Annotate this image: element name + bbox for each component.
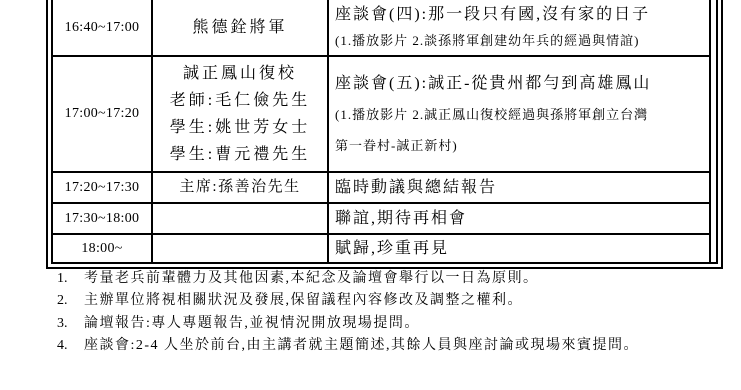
note-text: 考量老兵前輩體力及其他因素,本紀念及論壇會舉行以一日為原則。 — [84, 268, 539, 290]
time-cell: 17:30~18:00 — [53, 204, 153, 233]
session-title: 聯誼,期待再相會 — [335, 209, 709, 229]
note-text: 座談會:2-4 人坐於前台,由主講者就主題簡述,其餘人員與座討論或現場來賓提問。 — [84, 335, 639, 357]
session-title: 賦歸,珍重再見 — [335, 239, 709, 259]
speaker-cell: 誠正鳳山復校 老師:毛仁儉先生 學生:姚世芳女士 學生:曹元禮先生 — [153, 57, 329, 171]
table-row: 17:30~18:00 聯誼,期待再相會 — [53, 204, 711, 235]
note-number: 2. — [57, 290, 84, 312]
note-text: 論壇報告:專人專題報告,並視情況開放現場提問。 — [84, 313, 420, 335]
note-text: 主辦單位將視相關狀況及發展,保留議程內容修改及調整之權利。 — [84, 290, 523, 312]
time-slot: 18:00~ — [81, 241, 122, 257]
session-cell: 臨時動議與總結報告 — [329, 173, 711, 202]
note-number: 4. — [57, 335, 84, 357]
time-cell: 17:00~17:20 — [53, 57, 153, 171]
table-row: 18:00~ 賦歸,珍重再見 — [53, 235, 711, 262]
speaker-cell-empty — [153, 204, 329, 233]
speaker-cell-empty — [153, 235, 329, 262]
session-title: 臨時動議與總結報告 — [335, 178, 709, 198]
note-item: 2. 主辦單位將視相關狀況及發展,保留議程內容修改及調整之權利。 — [57, 290, 737, 312]
note-item: 1. 考量老兵前輩體力及其他因素,本紀念及論壇會舉行以一日為原則。 — [57, 268, 737, 290]
time-slot: 17:00~17:20 — [65, 106, 140, 122]
time-slot: 16:40~17:00 — [65, 20, 140, 36]
table-row: 17:20~17:30 主席:孫善治先生 臨時動議與總結報告 — [53, 173, 711, 204]
session-detail: (1.播放影片 2.談孫將軍創建幼年兵的經過與情誼) — [335, 28, 709, 54]
time-cell: 17:20~17:30 — [53, 173, 153, 202]
time-cell: 16:40~17:00 — [53, 0, 153, 55]
session-title: 座談會(四):那一段只有國,沒有家的日子 — [335, 2, 709, 28]
table-row: 16:40~17:00 熊德銓將軍 座談會(四):那一段只有國,沒有家的日子 (… — [53, 0, 711, 57]
speaker-name: 主席:孫善治先生 — [179, 174, 300, 201]
speaker-name: 老師:毛仁儉先生 — [170, 87, 310, 114]
speaker-group: 誠正鳳山復校 — [183, 60, 297, 87]
note-item: 4. 座談會:2-4 人坐於前台,由主講者就主題簡述,其餘人員與座討論或現場來賓… — [57, 335, 737, 357]
schedule-table: 16:40~17:00 熊德銓將軍 座談會(四):那一段只有國,沒有家的日子 (… — [46, 0, 723, 269]
session-detail: (1.播放影片 2.誠正鳳山復校經過與孫將軍創立台灣 — [335, 99, 709, 130]
speaker-cell: 熊德銓將軍 — [153, 0, 329, 55]
session-cell: 聯誼,期待再相會 — [329, 204, 711, 233]
session-title: 座談會(五):誠正-從貴州都勻到高雄鳳山 — [335, 68, 709, 99]
note-number: 3. — [57, 313, 84, 335]
session-cell: 座談會(四):那一段只有國,沒有家的日子 (1.播放影片 2.談孫將軍創建幼年兵… — [329, 0, 711, 55]
footnotes: 1. 考量老兵前輩體力及其他因素,本紀念及論壇會舉行以一日為原則。 2. 主辦單… — [57, 268, 737, 358]
table-row: 17:00~17:20 誠正鳳山復校 老師:毛仁儉先生 學生:姚世芳女士 學生:… — [53, 57, 711, 173]
session-detail: 第一眷村-誠正新村) — [335, 130, 709, 161]
note-number: 1. — [57, 268, 84, 290]
session-cell: 賦歸,珍重再見 — [329, 235, 711, 262]
agenda-document-page: 16:40~17:00 熊德銓將軍 座談會(四):那一段只有國,沒有家的日子 (… — [0, 0, 741, 390]
time-cell: 18:00~ — [53, 235, 153, 262]
note-item: 3. 論壇報告:專人專題報告,並視情況開放現場提問。 — [57, 313, 737, 335]
speaker-name: 學生:姚世芳女士 — [170, 114, 310, 141]
speaker-name: 學生:曹元禮先生 — [170, 141, 310, 168]
speaker-cell: 主席:孫善治先生 — [153, 173, 329, 202]
time-slot: 17:30~18:00 — [65, 211, 140, 227]
speaker-name: 熊德銓將軍 — [192, 14, 287, 41]
session-cell: 座談會(五):誠正-從貴州都勻到高雄鳳山 (1.播放影片 2.誠正鳳山復校經過與… — [329, 57, 711, 171]
time-slot: 17:20~17:30 — [65, 180, 140, 196]
